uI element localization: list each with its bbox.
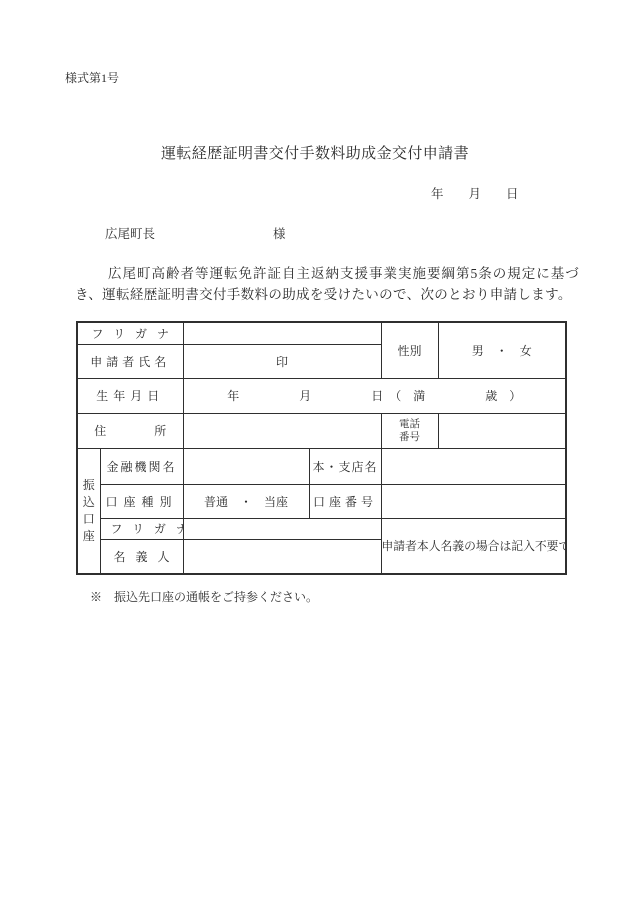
date-line: 年 月 日 <box>431 184 519 202</box>
furigana-label: フリガナ <box>77 322 183 344</box>
applicant-name-input-cell: 印 <box>183 344 381 378</box>
table-row: 生年月日 年 月 日 （ 満 歳 ） <box>77 378 566 413</box>
bank-name-label: 金融機関名 <box>100 448 183 484</box>
body-text-line-2: き、運転経歴証明書交付手数料の助成を受けたいので、次のとおり申請します。 <box>75 283 572 303</box>
holder-name-input-cell <box>183 539 381 574</box>
document-page: 様式第1号 運転経歴証明書交付手数料助成金交付申請書 年 月 日 広尾町長 様 … <box>0 0 630 915</box>
table-row: フリガナ 性別 男 ・ 女 <box>77 322 566 344</box>
holder-note: 申請者本人名義の場合は記入不要です。 <box>381 518 566 574</box>
birthdate-label: 生年月日 <box>77 378 183 413</box>
transfer-account-label: 振込口座 <box>82 477 96 545</box>
gender-label: 性別 <box>381 322 438 378</box>
addressee-honorific: 様 <box>273 224 286 242</box>
form-number: 様式第1号 <box>65 69 119 86</box>
furigana-input-cell <box>183 322 381 344</box>
account-number-input-cell <box>381 484 566 518</box>
address-label: 住 所 <box>77 413 183 448</box>
account-type-options-cell: 普通 ・ 当座 <box>183 484 309 518</box>
footnote: ※ 振込先口座の通帳をご持参ください。 <box>90 588 318 605</box>
account-number-label: 口座番号 <box>309 484 381 518</box>
phone-label: 電話番号 <box>398 418 421 444</box>
branch-name-input-cell <box>381 448 566 484</box>
holder-furigana-label: フリガナ <box>100 518 183 539</box>
table-row: 振込口座 金融機関名 本・支店名 <box>77 448 566 484</box>
branch-name-label: 本・支店名 <box>309 448 381 484</box>
seal-mark: 印 <box>276 355 288 369</box>
birthdate-input-cell: 年 月 日 （ 満 歳 ） <box>183 378 566 413</box>
holder-name-label: 名義人 <box>100 539 183 574</box>
gender-options-cell: 男 ・ 女 <box>438 322 566 378</box>
phone-input-cell <box>438 413 566 448</box>
account-type-label: 口座種別 <box>100 484 183 518</box>
phone-label-cell: 電話番号 <box>381 413 438 448</box>
application-form-table: フリガナ 性別 男 ・ 女 申請者氏名 印 生年月日 年 月 日 （ 満 歳 ）… <box>76 321 567 575</box>
body-text-line-1: 広尾町高齢者等運転免許証自主返納支援事業実施要綱第5条の規定に基づ <box>108 262 580 282</box>
address-input-cell <box>183 413 381 448</box>
holder-furigana-input-cell <box>183 518 381 539</box>
page-title: 運転経歴証明書交付手数料助成金交付申請書 <box>0 142 630 163</box>
table-row: 住 所 電話番号 <box>77 413 566 448</box>
table-row: 口座種別 普通 ・ 当座 口座番号 <box>77 484 566 518</box>
table-row: フリガナ 申請者本人名義の場合は記入不要です。 <box>77 518 566 539</box>
applicant-name-label: 申請者氏名 <box>77 344 183 378</box>
transfer-account-section-label-cell: 振込口座 <box>77 448 100 574</box>
bank-name-input-cell <box>183 448 309 484</box>
addressee-name: 広尾町長 <box>105 224 155 242</box>
